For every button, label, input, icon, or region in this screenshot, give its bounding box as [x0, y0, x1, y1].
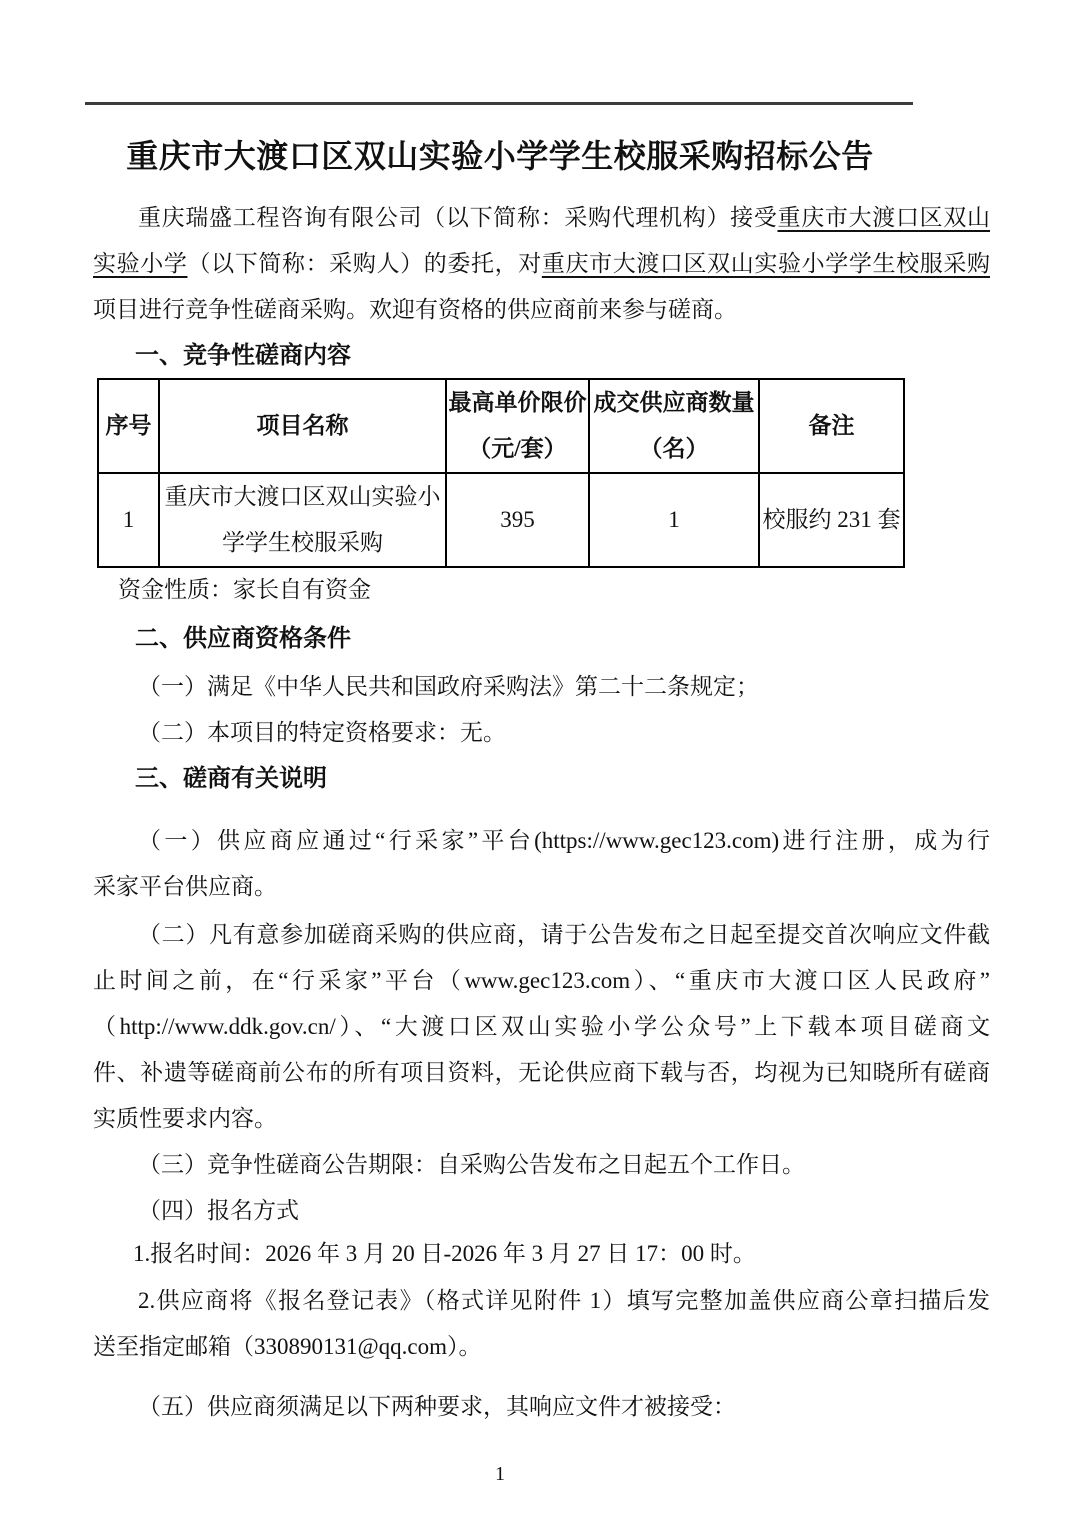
- header-seq: 序号: [98, 379, 159, 473]
- underlined-purchaser-name-cont: 实验小学: [93, 251, 188, 276]
- cell-project-name: 重庆市大渡口区双山实验小学学生校服采购: [159, 473, 446, 567]
- cell-max-price: 395: [446, 473, 589, 567]
- table-row: 1 重庆市大渡口区双山实验小学学生校服采购 395 1 校服约 231 套: [98, 473, 904, 567]
- signup-form-line-1: 2.供应商将《报名登记表》（格式详见附件 1）填写完整加盖供应商公章扫描后发: [93, 1278, 990, 1324]
- qualification-item-2: （二）本项目的特定资格要求：无。: [93, 710, 990, 756]
- consultation-para-4: （四）报名方式: [93, 1188, 990, 1234]
- page-number: 1: [0, 1460, 1000, 1488]
- document-page: 重庆市大渡口区双山实验小学学生校服采购招标公告 重庆瑞盛工程咨询有限公司（以下简…: [0, 0, 1074, 1520]
- consultation-para-2: （二）凡有意参加磋商采购的供应商，请于公告发布之日起至提交首次响应文件截 止时间…: [93, 912, 990, 1142]
- consultation-para-3: （三）竞争性磋商公告期限：自采购公告发布之日起五个工作日。: [93, 1142, 990, 1188]
- intro-text: （以下简称：采购人）的委托，对: [188, 251, 542, 276]
- signup-form-line-2: 送至指定邮箱（330890131@qq.com）。: [93, 1324, 990, 1370]
- intro-text: 重庆瑞盛工程咨询有限公司（以下简称：采购代理机构）接受: [138, 205, 778, 230]
- intro-line-2: 实验小学（以下简称：采购人）的委托，对重庆市大渡口区双山实验小学学生校服采购: [93, 241, 990, 287]
- para-1-line-2: 采家平台供应商。: [93, 864, 990, 910]
- intro-line-1: 重庆瑞盛工程咨询有限公司（以下简称：采购代理机构）接受重庆市大渡口区双山: [93, 195, 990, 241]
- funding-note: 资金性质：家长自有资金: [93, 576, 990, 604]
- table-header-row: 序号 项目名称 最高单价限价（元/套） 成交供应商数量（名） 备注: [98, 379, 904, 473]
- page-title: 重庆市大渡口区双山实验小学学生校服采购招标公告: [0, 133, 1000, 179]
- section-2-body: （一）满足《中华人民共和国政府采购法》第二十二条规定； （二）本项目的特定资格要…: [93, 664, 990, 756]
- cell-seq: 1: [98, 473, 159, 567]
- section-2-heading: 二、供应商资格条件: [93, 622, 990, 656]
- signup-form-para: 2.供应商将《报名登记表》（格式详见附件 1）填写完整加盖供应商公章扫描后发 送…: [93, 1278, 990, 1370]
- header-project-name: 项目名称: [159, 379, 446, 473]
- header-supplier-count: 成交供应商数量（名）: [589, 379, 759, 473]
- signup-time-line: 1.报名时间：2026 年 3 月 20 日-2026 年 3 月 27 日 1…: [93, 1234, 990, 1274]
- section-1-heading: 一、竞争性磋商内容: [93, 339, 990, 373]
- cell-remark: 校服约 231 套: [759, 473, 904, 567]
- underlined-project-name: 重庆市大渡口区双山实验小学学生校服采购: [542, 251, 990, 276]
- cell-supplier-count: 1: [589, 473, 759, 567]
- section-3-heading: 三、磋商有关说明: [93, 762, 990, 796]
- intro-line-3: 项目进行竞争性磋商采购。欢迎有资格的供应商前来参与磋商。: [93, 287, 990, 333]
- para-2-line-2: 止时间之前，在“行采家”平台（www.gec123.com）、“重庆市大渡口区人…: [93, 958, 990, 1004]
- para-2-line-1: （二）凡有意参加磋商采购的供应商，请于公告发布之日起至提交首次响应文件截: [93, 912, 990, 958]
- qualification-item-1: （一）满足《中华人民共和国政府采购法》第二十二条规定；: [93, 664, 990, 710]
- intro-paragraph: 重庆瑞盛工程咨询有限公司（以下简称：采购代理机构）接受重庆市大渡口区双山 实验小…: [93, 195, 990, 333]
- para-2-line-5: 实质性要求内容。: [93, 1096, 990, 1142]
- header-remark: 备注: [759, 379, 904, 473]
- para-2-line-3: （http://www.ddk.gov.cn/）、“大渡口区双山实验小学公众号”…: [93, 1004, 990, 1050]
- underlined-purchaser-name: 重庆市大渡口区双山: [778, 205, 991, 230]
- consultation-para-5: （五）供应商须满足以下两种要求，其响应文件才被接受：: [93, 1384, 990, 1430]
- header-max-price: 最高单价限价（元/套）: [446, 379, 589, 473]
- header-rule: [85, 102, 913, 105]
- para-2-line-4: 件、补遗等磋商前公布的所有项目资料，无论供应商下载与否，均视为已知晓所有磋商: [93, 1050, 990, 1096]
- procurement-items-table: 序号 项目名称 最高单价限价（元/套） 成交供应商数量（名） 备注 1 重庆市大…: [97, 378, 905, 568]
- consultation-para-1: （一）供应商应通过“行采家”平台(https://www.gec123.com)…: [93, 818, 990, 910]
- para-1-line-1: （一）供应商应通过“行采家”平台(https://www.gec123.com)…: [93, 818, 990, 864]
